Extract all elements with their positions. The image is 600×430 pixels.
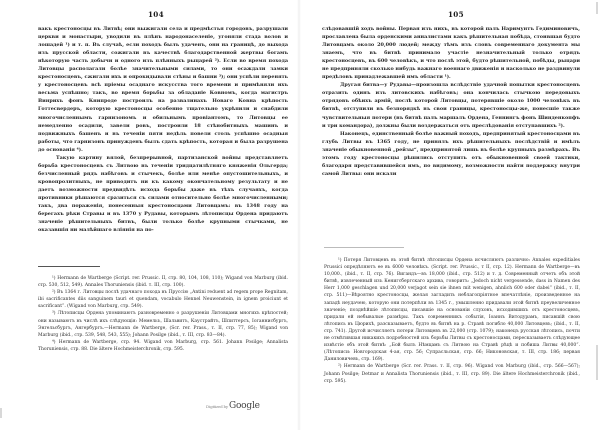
footnote-divider	[38, 266, 100, 267]
scan-edge-mark	[0, 408, 2, 418]
scan-edge-mark	[596, 345, 598, 380]
paragraph: Такую картину вялой, безпрерывной, парти…	[38, 154, 288, 234]
paragraph: вакъ крестоносцы въ Литвѣ; они выжигали …	[38, 25, 288, 154]
book-spread: 104 вакъ крестоносцы въ Литвѣ; они выжиг…	[0, 0, 600, 430]
scan-edge-mark	[596, 2, 598, 14]
watermark-text: Google	[229, 401, 260, 411]
left-page: 104 вакъ крестоносцы въ Литвѣ; они выжиг…	[0, 0, 296, 430]
paragraph: Другая битва—у Рудавы—произошла вслѣдств…	[322, 81, 580, 129]
footnote-divider	[324, 247, 404, 248]
footnote: ²) Hermann de Wartberge (Scr. rer. Prass…	[324, 363, 580, 384]
footnote: ¹) Потеря Литовцевъ въ этой битвѣ лѣтопи…	[324, 257, 580, 363]
paragraph: слѣдовавшій ходъ войны. Первая изъ нихъ,…	[322, 25, 580, 81]
footnote: ²) Въ 1364 г. Литовцы послѣ удачнаго пох…	[38, 289, 288, 310]
footnote: ⁴) Hermann de Wartberge, стр. 94. Wigand…	[38, 339, 288, 353]
main-text: вакъ крестоносцы въ Литвѣ; они выжигали …	[38, 25, 288, 234]
paragraph: Наконецъ, единственный болѣе важный похо…	[322, 130, 580, 178]
footnotes: ¹) Hermann de Wartberge (Script. rer. Pr…	[38, 275, 288, 353]
right-page: 105 слѣдовавшій ходъ войны. Первая изъ н…	[302, 0, 600, 430]
footnotes: ¹) Потеря Литовцевъ въ этой битвѣ лѣтопи…	[324, 257, 580, 385]
google-watermark: Digitized byGoogle	[206, 401, 260, 411]
footnote: ¹) Hermann de Wartberge (Script. rer. Pr…	[38, 275, 288, 289]
book-gutter	[297, 0, 301, 430]
page-number: 104	[148, 10, 164, 19]
watermark-prefix: Digitized by	[206, 404, 228, 409]
footnote: ³) Лѣтописцы Ордена упоминаютъ разноврем…	[38, 310, 288, 338]
main-text: слѣдовавшій ходъ войны. Первая изъ нихъ,…	[322, 25, 580, 178]
page-number: 105	[448, 10, 464, 19]
